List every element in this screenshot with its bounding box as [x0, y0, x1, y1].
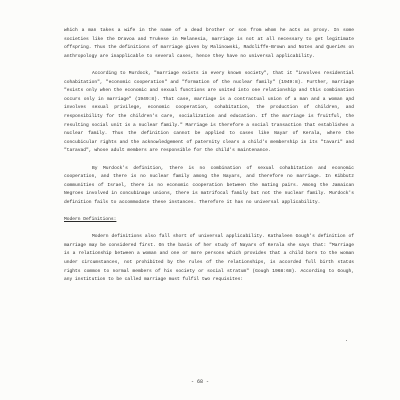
- body-text: which a man takes a wife in the name of …: [64, 27, 354, 285]
- scan-noise: [340, 40, 360, 380]
- paragraph-murdock-critique: By Murdock's definition, there is no com…: [64, 165, 354, 208]
- section-heading: Modern Definitions:: [64, 216, 354, 225]
- paragraph-murdock: According to Murdock, "marriage exists i…: [64, 70, 354, 156]
- paragraph-modern-definitions: Modern definitions also fall short of un…: [64, 233, 354, 285]
- paragraph-continuation: which a man takes a wife in the name of …: [64, 27, 354, 61]
- scanned-page: which a man takes a wife in the name of …: [0, 0, 400, 400]
